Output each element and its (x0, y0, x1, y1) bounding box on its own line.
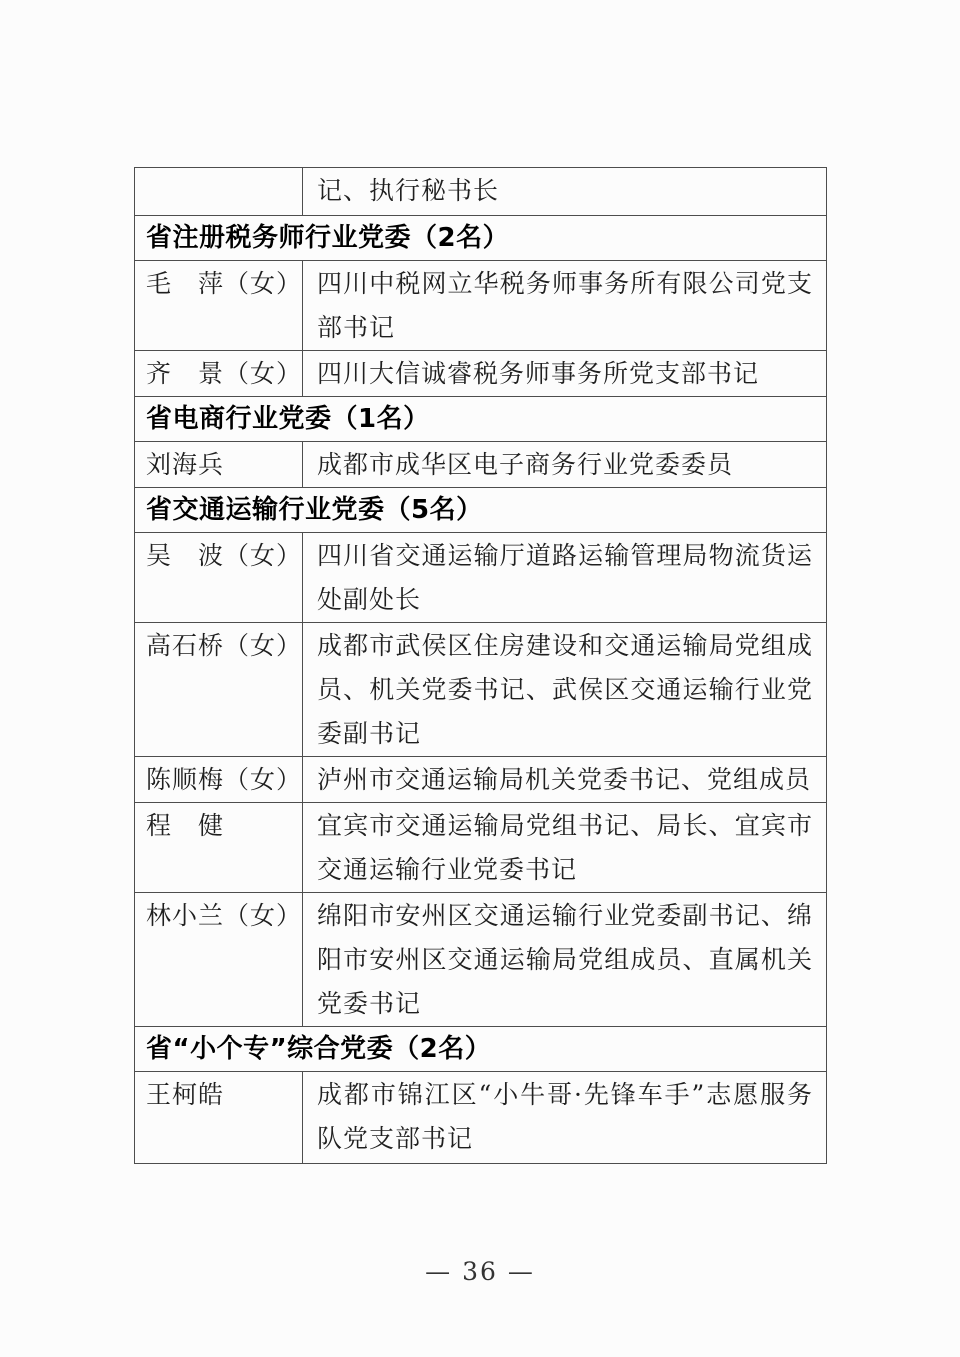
table-row: 程 健 宜宾市交通运输局党组书记、局长、宜宾市交通运输行业党委书记 (135, 803, 827, 893)
table-row: 齐 景（女） 四川大信诚睿税务师事务所党支部书记 (135, 351, 827, 397)
name-cell: 陈顺梅（女） (135, 757, 303, 803)
position-cell: 四川省交通运输厅道路运输管理局物流货运处副处长 (303, 533, 827, 623)
table-row: 刘海兵 成都市成华区电子商务行业党委委员 (135, 442, 827, 488)
section-header-row: 省注册税务师行业党委（2名） (135, 216, 827, 261)
name-cell (135, 168, 303, 216)
position-cell: 宜宾市交通运输局党组书记、局长、宜宾市交通运输行业党委书记 (303, 803, 827, 893)
document-page: 记、执行秘书长 省注册税务师行业党委（2名） 毛 萍（女） 四川中税网立华税务师… (0, 0, 960, 1357)
name-cell: 林小兰（女） (135, 893, 303, 1027)
table-row: 陈顺梅（女） 泸州市交通运输局机关党委书记、党组成员 (135, 757, 827, 803)
name-cell: 齐 景（女） (135, 351, 303, 397)
position-cell: 成都市成华区电子商务行业党委委员 (303, 442, 827, 488)
name-cell: 吴 波（女） (135, 533, 303, 623)
section-header-row: 省电商行业党委（1名） (135, 397, 827, 442)
page-number: — 36 — (0, 1257, 960, 1286)
table-row: 记、执行秘书长 (135, 168, 827, 216)
position-cell: 四川大信诚睿税务师事务所党支部书记 (303, 351, 827, 397)
position-cell: 泸州市交通运输局机关党委书记、党组成员 (303, 757, 827, 803)
name-cell: 高石桥（女） (135, 623, 303, 757)
section-header-label: 省“小个专”综合党委（2名） (135, 1027, 827, 1072)
position-cell: 绵阳市安州区交通运输行业党委副书记、绵阳市安州区交通运输局党组成员、直属机关党委… (303, 893, 827, 1027)
section-header-label: 省电商行业党委（1名） (135, 397, 827, 442)
section-header-row: 省“小个专”综合党委（2名） (135, 1027, 827, 1072)
committee-table: 记、执行秘书长 省注册税务师行业党委（2名） 毛 萍（女） 四川中税网立华税务师… (134, 167, 827, 1164)
table-row: 王柯皓 成都市锦江区“小牛哥·先锋车手”志愿服务队党支部书记 (135, 1072, 827, 1164)
position-cell: 成都市锦江区“小牛哥·先锋车手”志愿服务队党支部书记 (303, 1072, 827, 1164)
section-header-label: 省交通运输行业党委（5名） (135, 488, 827, 533)
table-row: 毛 萍（女） 四川中税网立华税务师事务所有限公司党支部书记 (135, 261, 827, 351)
position-cell: 记、执行秘书长 (303, 168, 827, 216)
section-header-row: 省交通运输行业党委（5名） (135, 488, 827, 533)
position-cell: 四川中税网立华税务师事务所有限公司党支部书记 (303, 261, 827, 351)
name-cell: 程 健 (135, 803, 303, 893)
name-cell: 毛 萍（女） (135, 261, 303, 351)
section-header-label: 省注册税务师行业党委（2名） (135, 216, 827, 261)
table-row: 高石桥（女） 成都市武侯区住房建设和交通运输局党组成员、机关党委书记、武侯区交通… (135, 623, 827, 757)
position-cell: 成都市武侯区住房建设和交通运输局党组成员、机关党委书记、武侯区交通运输行业党委副… (303, 623, 827, 757)
name-cell: 刘海兵 (135, 442, 303, 488)
table-row: 林小兰（女） 绵阳市安州区交通运输行业党委副书记、绵阳市安州区交通运输局党组成员… (135, 893, 827, 1027)
name-cell: 王柯皓 (135, 1072, 303, 1164)
table-row: 吴 波（女） 四川省交通运输厅道路运输管理局物流货运处副处长 (135, 533, 827, 623)
